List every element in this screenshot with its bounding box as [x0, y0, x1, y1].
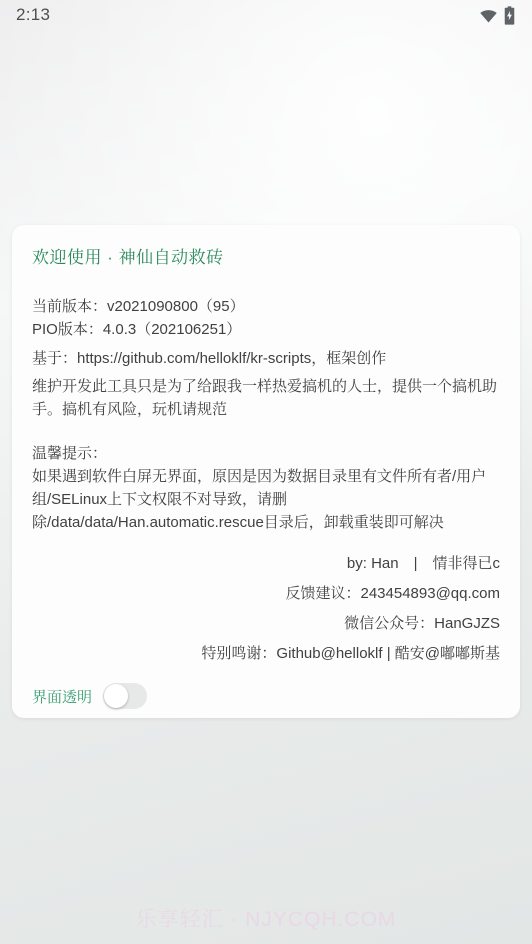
credits-block: by: Han | 情非得已c 反馈建议：243454893@qq.com 微信… [32, 549, 500, 669]
tips-title: 温馨提示： [32, 442, 500, 465]
version-block: 当前版本：v2021090800（95） PIO版本：4.0.3（2021062… [32, 295, 500, 341]
transparency-toggle[interactable] [103, 683, 147, 709]
credit-author: by: Han | 情非得已c [32, 549, 500, 579]
welcome-dialog: 欢迎使用 · 神仙自动救砖 当前版本：v2021090800（95） PIO版本… [12, 225, 520, 718]
based-on-text: 基于：https://github.com/helloklf/kr-script… [32, 347, 500, 370]
transparency-row: 界面透明 [32, 683, 500, 709]
tips-body: 如果遇到软件白屏无界面，原因是因为数据目录里有文件所有者/用户组/SELinux… [32, 465, 500, 534]
current-version-text: 当前版本：v2021090800（95） [32, 295, 500, 318]
status-time: 2:13 [16, 5, 50, 25]
status-icons [479, 6, 515, 25]
purpose-text: 维护开发此工具只是为了给跟我一样热爱搞机的人士，提供一个搞机助手。搞机有风险，玩… [32, 375, 500, 421]
status-bar: 2:13 [0, 0, 532, 30]
battery-charging-icon [504, 6, 515, 25]
pio-version-text: PIO版本：4.0.3（202106251） [32, 318, 500, 341]
dialog-title: 欢迎使用 · 神仙自动救砖 [32, 243, 500, 268]
tips-block: 温馨提示： 如果遇到软件白屏无界面，原因是因为数据目录里有文件所有者/用户组/S… [32, 442, 500, 534]
credit-thanks: 特别鸣谢：Github@helloklf | 酷安@嘟嘟斯基 [32, 639, 500, 669]
watermark: 乐享轻汇 · NJYCQH.COM [0, 903, 532, 933]
toggle-thumb [104, 684, 128, 708]
credit-feedback: 反馈建议：243454893@qq.com [32, 579, 500, 609]
credit-wechat: 微信公众号：HanGJZS [32, 609, 500, 639]
transparency-label: 界面透明 [32, 686, 92, 707]
wifi-icon [479, 7, 498, 23]
